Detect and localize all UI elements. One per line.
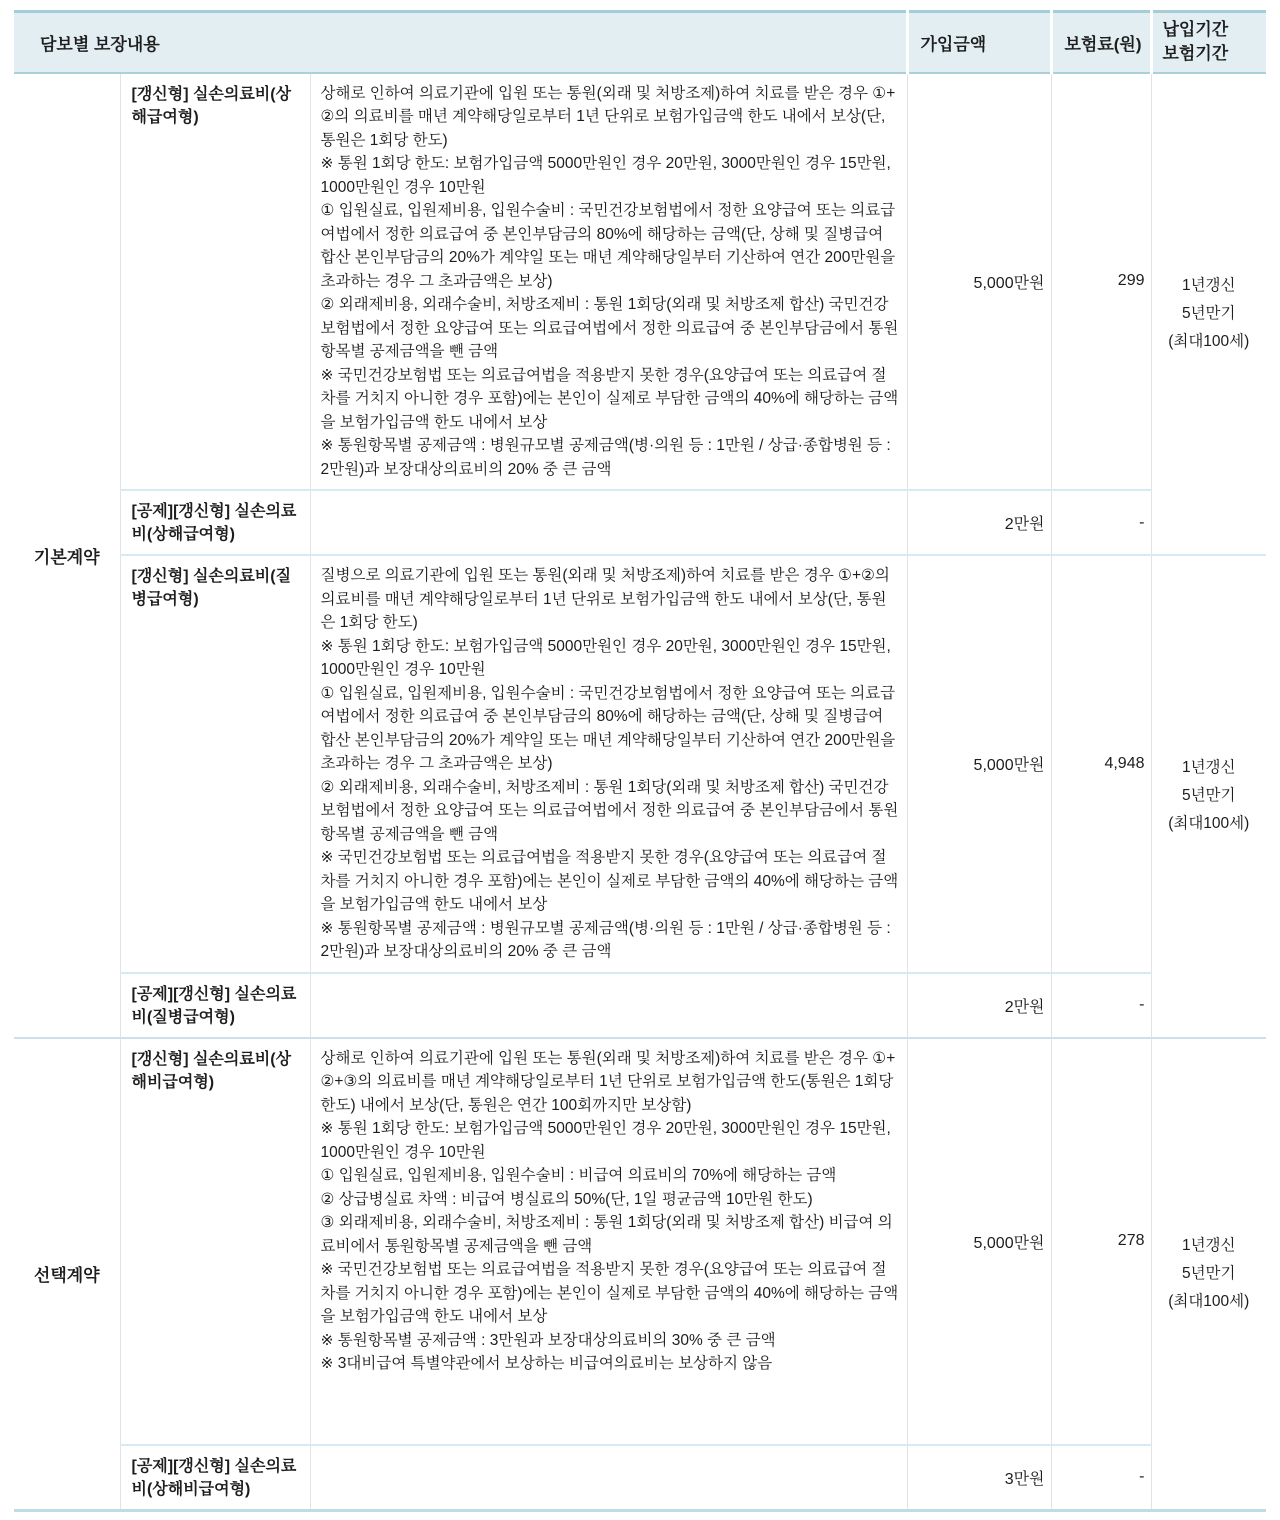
coverage-name: [갱신형] 실손의료비(상해비급여형) — [120, 1038, 310, 1445]
table-row: 기본계약 [갱신형] 실손의료비(상해급여형) 상해로 인하여 의료기관에 입원… — [14, 73, 1266, 491]
column-header-premium: 보험료(원) — [1051, 12, 1151, 73]
table-header-row: 담보별 보장내용 가입금액 보험료(원) 납입기간 보험기간 — [14, 12, 1266, 73]
column-header-amount: 가입금액 — [907, 12, 1051, 73]
coverage-description — [310, 973, 907, 1038]
table-row: 선택계약 [갱신형] 실손의료비(상해비급여형) 상해로 인하여 의료기관에 입… — [14, 1038, 1266, 1445]
amount-cell: 5,000만원 — [907, 73, 1051, 491]
period-cell: 1년갱신 5년만기 (최대100세) — [1151, 555, 1266, 1038]
amount-cell: 5,000만원 — [907, 1038, 1051, 1445]
premium-cell: 299 — [1051, 73, 1151, 491]
table-row: [공제][갱신형] 실손의료비(질병급여형) 2만원 - — [14, 973, 1266, 1038]
coverage-description: 상해로 인하여 의료기관에 입원 또는 통원(외래 및 처방조제)하여 치료를 … — [310, 1038, 907, 1445]
table-row: [공제][갱신형] 실손의료비(상해비급여형) 3만원 - — [14, 1445, 1266, 1511]
coverage-description — [310, 490, 907, 555]
premium-cell: - — [1051, 490, 1151, 555]
coverage-description — [310, 1445, 907, 1511]
premium-cell: 4,948 — [1051, 555, 1151, 973]
table-row: [갱신형] 실손의료비(질병급여형) 질병으로 의료기관에 입원 또는 통원(외… — [14, 555, 1266, 973]
column-header-period: 납입기간 보험기간 — [1151, 12, 1266, 73]
period-cell: 1년갱신 5년만기 (최대100세) — [1151, 73, 1266, 556]
coverage-name: [공제][갱신형] 실손의료비(질병급여형) — [120, 973, 310, 1038]
premium-cell: - — [1051, 973, 1151, 1038]
coverage-name: [공제][갱신형] 실손의료비(상해비급여형) — [120, 1445, 310, 1511]
period-cell: 1년갱신 5년만기 (최대100세) — [1151, 1038, 1266, 1511]
group-label-optional-contract: 선택계약 — [14, 1038, 120, 1511]
premium-cell: - — [1051, 1445, 1151, 1511]
group-label-basic-contract: 기본계약 — [14, 73, 120, 1038]
amount-cell: 2만원 — [907, 973, 1051, 1038]
coverage-name: [갱신형] 실손의료비(상해급여형) — [120, 73, 310, 491]
amount-cell: 5,000만원 — [907, 555, 1051, 973]
coverage-name: [갱신형] 실손의료비(질병급여형) — [120, 555, 310, 973]
coverage-page: 담보별 보장내용 가입금액 보험료(원) 납입기간 보험기간 기본계약 [갱신형… — [0, 0, 1280, 1520]
column-header-coverage: 담보별 보장내용 — [14, 12, 907, 73]
premium-cell: 278 — [1051, 1038, 1151, 1445]
amount-cell: 3만원 — [907, 1445, 1051, 1511]
coverage-table: 담보별 보장내용 가입금액 보험료(원) 납입기간 보험기간 기본계약 [갱신형… — [14, 10, 1266, 1512]
amount-cell: 2만원 — [907, 490, 1051, 555]
table-row: [공제][갱신형] 실손의료비(상해급여형) 2만원 - — [14, 490, 1266, 555]
coverage-description: 질병으로 의료기관에 입원 또는 통원(외래 및 처방조제)하여 치료를 받은 … — [310, 555, 907, 973]
coverage-name: [공제][갱신형] 실손의료비(상해급여형) — [120, 490, 310, 555]
coverage-description: 상해로 인하여 의료기관에 입원 또는 통원(외래 및 처방조제)하여 치료를 … — [310, 73, 907, 491]
